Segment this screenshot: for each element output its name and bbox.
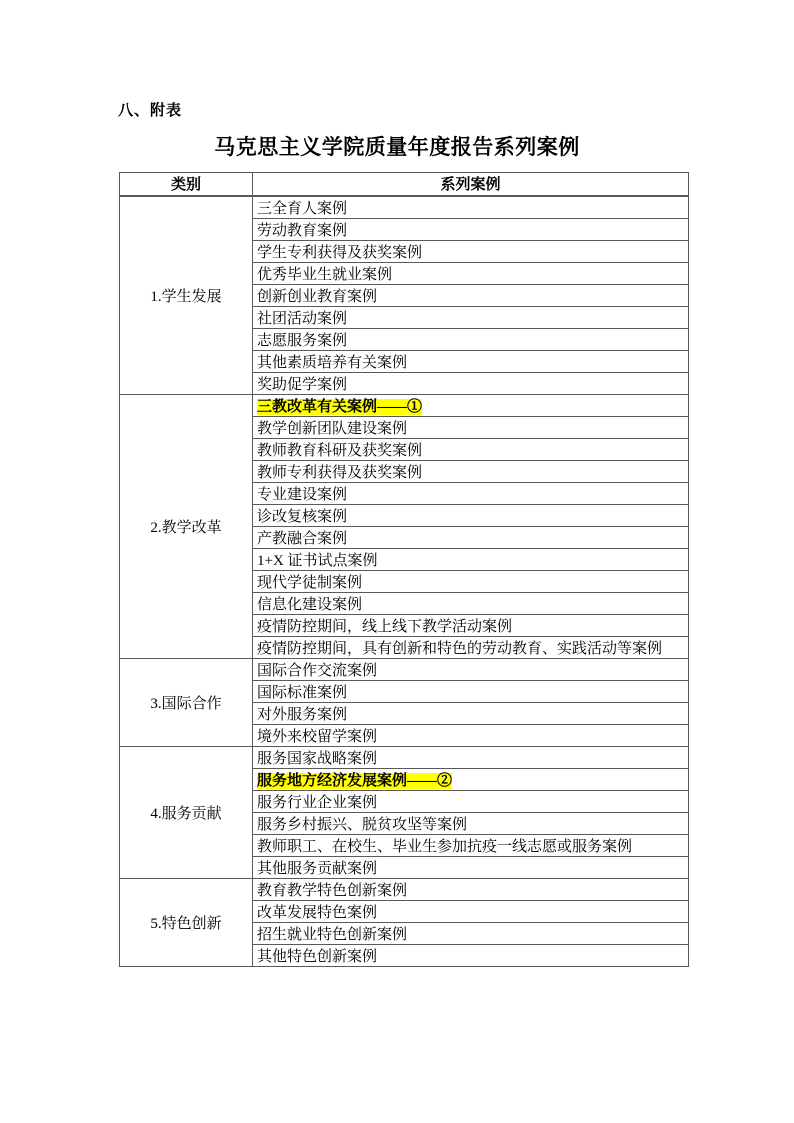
column-header-category: 类别 — [120, 173, 253, 196]
document-page: 八、附表 马克思主义学院质量年度报告系列案例 类别 系列案例 1.学生发展三全育… — [0, 0, 794, 1123]
case-cell: 改革发展特色案例 — [253, 900, 689, 922]
case-cell: 学生专利获得及获奖案例 — [253, 240, 689, 262]
case-text: 对外服务案例 — [257, 707, 347, 723]
case-cell: 创新创业教育案例 — [253, 284, 689, 306]
case-text: 优秀毕业生就业案例 — [257, 267, 392, 283]
table-header-row: 类别 系列案例 — [120, 173, 689, 196]
case-cell: 产教融合案例 — [253, 526, 689, 548]
case-text: 创新创业教育案例 — [257, 289, 377, 305]
case-cell: 三全育人案例 — [253, 196, 689, 219]
case-text: 专业建设案例 — [257, 487, 347, 503]
case-text: 志愿服务案例 — [257, 333, 347, 349]
case-text: 教育教学特色创新案例 — [257, 883, 407, 899]
case-text: 国际标准案例 — [257, 685, 347, 701]
table-row: 2.教学改革三教改革有关案例——① — [120, 394, 689, 416]
case-cell: 其他服务贡献案例 — [253, 856, 689, 878]
case-cell: 对外服务案例 — [253, 702, 689, 724]
case-cell: 服务乡村振兴、脱贫攻坚等案例 — [253, 812, 689, 834]
case-text: 1+X 证书试点案例 — [257, 553, 378, 569]
case-text: 改革发展特色案例 — [257, 905, 377, 921]
case-cell: 三教改革有关案例——① — [253, 394, 689, 416]
category-cell: 4.服务贡献 — [120, 746, 253, 878]
case-cell: 教育教学特色创新案例 — [253, 878, 689, 900]
case-cell: 劳动教育案例 — [253, 218, 689, 240]
case-cell: 国际合作交流案例 — [253, 658, 689, 680]
case-text: 教师职工、在校生、毕业生参加抗疫一线志愿或服务案例 — [257, 839, 632, 855]
table-row: 4.服务贡献服务国家战略案例 — [120, 746, 689, 768]
case-cell: 服务地方经济发展案例——② — [253, 768, 689, 790]
column-header-cases: 系列案例 — [253, 173, 689, 196]
case-text: 境外来校留学案例 — [257, 729, 377, 745]
table-row: 5.特色创新教育教学特色创新案例 — [120, 878, 689, 900]
case-cell: 奖助促学案例 — [253, 372, 689, 394]
table-row: 1.学生发展三全育人案例 — [120, 196, 689, 219]
case-text: 教学创新团队建设案例 — [257, 421, 407, 437]
case-cell: 优秀毕业生就业案例 — [253, 262, 689, 284]
case-cell: 国际标准案例 — [253, 680, 689, 702]
case-text: 疫情防控期间，线上线下教学活动案例 — [257, 619, 512, 635]
case-text: 现代学徒制案例 — [257, 575, 362, 591]
highlighted-case-text: 服务地方经济发展案例——② — [257, 773, 452, 789]
case-cell: 其他特色创新案例 — [253, 944, 689, 966]
case-cell: 疫情防控期间，线上线下教学活动案例 — [253, 614, 689, 636]
page-title: 马克思主义学院质量年度报告系列案例 — [0, 131, 794, 161]
case-cell: 志愿服务案例 — [253, 328, 689, 350]
case-cell: 境外来校留学案例 — [253, 724, 689, 746]
category-cell: 1.学生发展 — [120, 196, 253, 395]
case-text: 服务国家战略案例 — [257, 751, 377, 767]
highlighted-case-text: 三教改革有关案例——① — [257, 399, 422, 415]
case-cell: 现代学徒制案例 — [253, 570, 689, 592]
case-text: 招生就业特色创新案例 — [257, 927, 407, 943]
case-text: 其他素质培养有关案例 — [257, 355, 407, 371]
case-text: 疫情防控期间，具有创新和特色的劳动教育、实践活动等案例 — [257, 641, 662, 657]
case-text: 教师专利获得及获奖案例 — [257, 465, 422, 481]
case-text: 奖助促学案例 — [257, 377, 347, 393]
case-cell: 服务国家战略案例 — [253, 746, 689, 768]
case-cell: 疫情防控期间，具有创新和特色的劳动教育、实践活动等案例 — [253, 636, 689, 658]
case-text: 信息化建设案例 — [257, 597, 362, 613]
case-text: 服务行业企业案例 — [257, 795, 377, 811]
case-text: 学生专利获得及获奖案例 — [257, 245, 422, 261]
case-cell: 教师教育科研及获奖案例 — [253, 438, 689, 460]
case-cell: 1+X 证书试点案例 — [253, 548, 689, 570]
case-text: 三全育人案例 — [257, 201, 347, 217]
case-text: 教师教育科研及获奖案例 — [257, 443, 422, 459]
category-cell: 3.国际合作 — [120, 658, 253, 746]
case-table-body: 1.学生发展三全育人案例劳动教育案例学生专利获得及获奖案例优秀毕业生就业案例创新… — [120, 196, 689, 967]
category-cell: 2.教学改革 — [120, 394, 253, 658]
case-cell: 专业建设案例 — [253, 482, 689, 504]
case-text: 产教融合案例 — [257, 531, 347, 547]
case-cell: 教学创新团队建设案例 — [253, 416, 689, 438]
case-cell: 教师专利获得及获奖案例 — [253, 460, 689, 482]
case-cell: 服务行业企业案例 — [253, 790, 689, 812]
case-text: 劳动教育案例 — [257, 223, 347, 239]
section-heading: 八、附表 — [118, 99, 182, 120]
case-text: 其他服务贡献案例 — [257, 861, 377, 877]
category-cell: 5.特色创新 — [120, 878, 253, 966]
case-text: 社团活动案例 — [257, 311, 347, 327]
case-cell: 教师职工、在校生、毕业生参加抗疫一线志愿或服务案例 — [253, 834, 689, 856]
cases-table: 类别 系列案例 1.学生发展三全育人案例劳动教育案例学生专利获得及获奖案例优秀毕… — [119, 172, 689, 967]
case-text: 国际合作交流案例 — [257, 663, 377, 679]
case-cell: 信息化建设案例 — [253, 592, 689, 614]
case-text: 服务乡村振兴、脱贫攻坚等案例 — [257, 817, 467, 833]
case-cell: 社团活动案例 — [253, 306, 689, 328]
case-cell: 诊改复核案例 — [253, 504, 689, 526]
case-cell: 其他素质培养有关案例 — [253, 350, 689, 372]
case-text: 其他特色创新案例 — [257, 949, 377, 965]
case-text: 诊改复核案例 — [257, 509, 347, 525]
case-cell: 招生就业特色创新案例 — [253, 922, 689, 944]
table-row: 3.国际合作国际合作交流案例 — [120, 658, 689, 680]
